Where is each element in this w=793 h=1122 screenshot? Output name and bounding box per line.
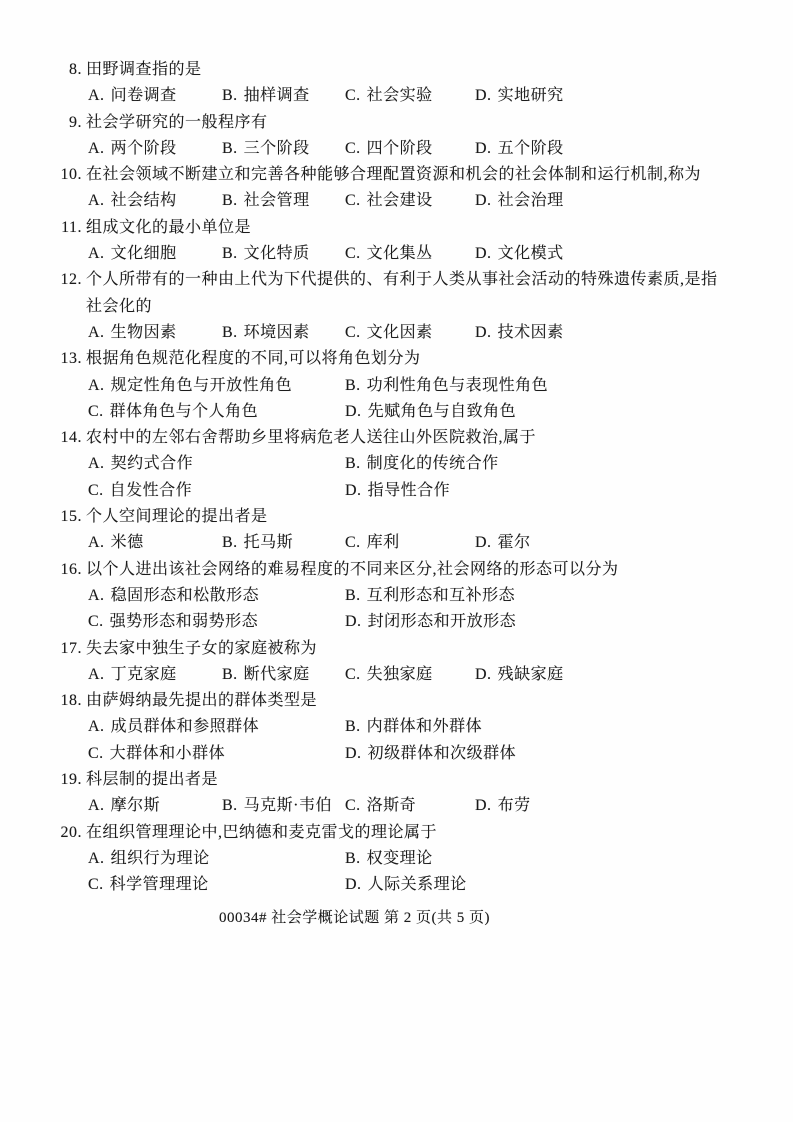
question-stem: 由萨姆纳最先提出的群体类型是 (82, 688, 317, 714)
option-b: B.环境因素 (222, 320, 345, 346)
option-b: B.马克斯·韦伯 (222, 793, 345, 819)
question-number: 11. (0, 215, 82, 241)
question-stem-continuation: 社会化的 (0, 294, 793, 320)
option-d: D.实地研究 (475, 83, 793, 109)
question-stem-row: 18.由萨姆纳最先提出的群体类型是 (0, 688, 793, 714)
option-text: 强势形态和弱势形态 (110, 613, 259, 630)
question-stem-row: 12.个人所带有的一种由上代为下代提供的、有利于人类从事社会活动的特殊遗传素质,… (0, 267, 793, 293)
option-label: B. (222, 534, 238, 551)
options-row: C.科学管理理论D.人际关系理论 (88, 872, 793, 898)
option-label: D. (475, 245, 492, 262)
question-stem-row: 13.根据角色规范化程度的不同,可以将角色划分为 (0, 346, 793, 372)
question-stem: 田野调查指的是 (82, 57, 202, 83)
options-row: A.规定性角色与开放性角色B.功利性角色与表现性角色 (88, 373, 793, 399)
options-row: A.社会结构B.社会管理C.社会建设D.社会治理 (88, 188, 793, 214)
option-c: C.失独家庭 (345, 662, 475, 688)
option-label: A. (88, 797, 105, 814)
option-label: D. (475, 666, 492, 683)
option-a: A.两个阶段 (88, 136, 222, 162)
question-stem: 以个人进出该社会网络的难易程度的不同来区分,社会网络的形态可以分为 (82, 557, 619, 583)
options-row: A.生物因素B.环境因素C.文化因素D.技术因素 (88, 320, 793, 346)
question-number: 18. (0, 688, 82, 714)
question-block: 11.组成文化的最小单位是A.文化细胞B.文化特质C.文化集丛D.文化模式 (0, 215, 793, 268)
option-text: 米德 (111, 534, 144, 551)
option-text: 制度化的传统合作 (367, 455, 499, 472)
option-text: 文化特质 (244, 245, 310, 262)
question-number: 17. (0, 636, 82, 662)
option-text: 社会结构 (111, 192, 177, 209)
question-stem-row: 20.在组织管理理论中,巴纳德和麦克雷戈的理论属于 (0, 820, 793, 846)
option-text: 问卷调查 (111, 87, 177, 104)
option-text: 群体角色与个人角色 (110, 403, 259, 420)
option-label: B. (222, 797, 238, 814)
option-b: B.断代家庭 (222, 662, 345, 688)
option-text: 实地研究 (498, 87, 564, 104)
question-number: 19. (0, 767, 82, 793)
option-label: B. (222, 324, 238, 341)
option-label: C. (345, 534, 361, 551)
question-stem: 根据角色规范化程度的不同,可以将角色划分为 (82, 346, 421, 372)
options-row: C.大群体和小群体D.初级群体和次级群体 (88, 741, 793, 767)
option-label: A. (88, 534, 105, 551)
option-a: A.丁克家庭 (88, 662, 222, 688)
option-d: D.封闭形态和开放形态 (345, 609, 793, 635)
option-label: A. (88, 666, 105, 683)
option-text: 社会治理 (498, 192, 564, 209)
option-label: B. (345, 455, 361, 472)
option-a: A.米德 (88, 530, 222, 556)
option-text: 文化细胞 (111, 245, 177, 262)
question-block: 17.失去家中独生子女的家庭被称为A.丁克家庭B.断代家庭C.失独家庭D.残缺家… (0, 636, 793, 689)
option-label: C. (345, 666, 361, 683)
question-stem-row: 9.社会学研究的一般程序有 (0, 110, 793, 136)
option-label: A. (88, 192, 105, 209)
option-text: 互利形态和互补形态 (367, 587, 516, 604)
option-text: 霍尔 (498, 534, 531, 551)
option-label: B. (222, 666, 238, 683)
option-d: D.社会治理 (475, 188, 793, 214)
option-a: A.稳固形态和松散形态 (88, 583, 345, 609)
question-number: 10. (0, 162, 82, 188)
option-a: A.成员群体和参照群体 (88, 714, 345, 740)
option-a: A.组织行为理论 (88, 846, 345, 872)
option-text: 两个阶段 (111, 140, 177, 157)
page-footer: 00034# 社会学概论试题 第 2 页(共 5 页) (0, 906, 751, 927)
option-text: 三个阶段 (244, 140, 310, 157)
option-a: A.规定性角色与开放性角色 (88, 373, 345, 399)
option-c: C.库利 (345, 530, 475, 556)
option-c: C.自发性合作 (88, 478, 345, 504)
option-text: 托马斯 (244, 534, 294, 551)
option-c: C.群体角色与个人角色 (88, 399, 345, 425)
option-text: 契约式合作 (111, 455, 194, 472)
option-d: D.人际关系理论 (345, 872, 793, 898)
option-label: A. (88, 587, 105, 604)
option-text: 大群体和小群体 (110, 745, 226, 762)
question-stem-row: 8.田野调查指的是 (0, 57, 793, 83)
option-d: D.布劳 (475, 793, 793, 819)
option-d: D.先赋角色与自致角色 (345, 399, 793, 425)
question-block: 18.由萨姆纳最先提出的群体类型是A.成员群体和参照群体B.内群体和外群体C.大… (0, 688, 793, 767)
options-row: A.契约式合作B.制度化的传统合作 (88, 451, 793, 477)
question-stem-row: 10.在社会领域不断建立和完善各种能够合理配置资源和机会的社会体制和运行机制,称… (0, 162, 793, 188)
option-label: A. (88, 718, 105, 735)
question-number: 20. (0, 820, 82, 846)
option-c: C.洛斯奇 (345, 793, 475, 819)
option-text: 稳固形态和松散形态 (111, 587, 260, 604)
option-label: D. (475, 797, 492, 814)
option-label: C. (345, 797, 361, 814)
option-d: D.霍尔 (475, 530, 793, 556)
option-a: A.文化细胞 (88, 241, 222, 267)
option-b: B.互利形态和互补形态 (345, 583, 793, 609)
question-number: 9. (0, 110, 82, 136)
question-stem: 科层制的提出者是 (82, 767, 218, 793)
option-label: D. (475, 87, 492, 104)
option-text: 文化因素 (367, 324, 433, 341)
option-label: A. (88, 245, 105, 262)
option-c: C.文化集丛 (345, 241, 475, 267)
question-block: 14.农村中的左邻右舍帮助乡里将病危老人送往山外医院救治,属于A.契约式合作B.… (0, 425, 793, 504)
option-label: A. (88, 87, 105, 104)
option-label: C. (88, 745, 104, 762)
option-label: D. (345, 482, 362, 499)
option-text: 内群体和外群体 (367, 718, 483, 735)
option-c: C.科学管理理论 (88, 872, 345, 898)
option-label: A. (88, 377, 105, 394)
options-row: C.强势形态和弱势形态D.封闭形态和开放形态 (88, 609, 793, 635)
option-c: C.社会实验 (345, 83, 475, 109)
question-stem-row: 19.科层制的提出者是 (0, 767, 793, 793)
option-d: D.残缺家庭 (475, 662, 793, 688)
option-b: B.文化特质 (222, 241, 345, 267)
question-stem-row: 11.组成文化的最小单位是 (0, 215, 793, 241)
question-stem: 社会学研究的一般程序有 (82, 110, 268, 136)
options-row: A.成员群体和参照群体B.内群体和外群体 (88, 714, 793, 740)
option-text: 四个阶段 (367, 140, 433, 157)
question-block: 13.根据角色规范化程度的不同,可以将角色划分为A.规定性角色与开放性角色B.功… (0, 346, 793, 425)
option-b: B.托马斯 (222, 530, 345, 556)
option-text: 规定性角色与开放性角色 (111, 377, 293, 394)
option-label: C. (88, 876, 104, 893)
options-row: C.群体角色与个人角色D.先赋角色与自致角色 (88, 399, 793, 425)
option-d: D.技术因素 (475, 320, 793, 346)
option-label: D. (475, 140, 492, 157)
question-number: 15. (0, 504, 82, 530)
options-row: A.问卷调查B.抽样调查C.社会实验D.实地研究 (88, 83, 793, 109)
option-text: 自发性合作 (110, 482, 193, 499)
question-number: 14. (0, 425, 82, 451)
question-number: 12. (0, 267, 82, 293)
option-label: C. (345, 245, 361, 262)
question-block: 15.个人空间理论的提出者是A.米德B.托马斯C.库利D.霍尔 (0, 504, 793, 557)
option-label: A. (88, 140, 105, 157)
option-text: 指导性合作 (368, 482, 451, 499)
options-row: A.文化细胞B.文化特质C.文化集丛D.文化模式 (88, 241, 793, 267)
option-label: A. (88, 324, 105, 341)
option-a: A.生物因素 (88, 320, 222, 346)
option-label: B. (345, 850, 361, 867)
question-stem-row: 16.以个人进出该社会网络的难易程度的不同来区分,社会网络的形态可以分为 (0, 557, 793, 583)
option-b: B.内群体和外群体 (345, 714, 793, 740)
option-label: B. (222, 192, 238, 209)
question-block: 16.以个人进出该社会网络的难易程度的不同来区分,社会网络的形态可以分为A.稳固… (0, 557, 793, 636)
option-label: B. (345, 587, 361, 604)
question-block: 12.个人所带有的一种由上代为下代提供的、有利于人类从事社会活动的特殊遗传素质,… (0, 267, 793, 346)
option-label: C. (345, 324, 361, 341)
option-label: C. (88, 613, 104, 630)
option-label: C. (88, 403, 104, 420)
question-block: 19.科层制的提出者是A.摩尔斯B.马克斯·韦伯C.洛斯奇D.布劳 (0, 767, 793, 820)
option-label: A. (88, 455, 105, 472)
option-label: A. (88, 850, 105, 867)
question-stem: 农村中的左邻右舍帮助乡里将病危老人送往山外医院救治,属于 (82, 425, 536, 451)
option-b: B.抽样调查 (222, 83, 345, 109)
option-d: D.初级群体和次级群体 (345, 741, 793, 767)
option-label: D. (475, 192, 492, 209)
option-b: B.功利性角色与表现性角色 (345, 373, 793, 399)
option-a: A.契约式合作 (88, 451, 345, 477)
option-d: D.文化模式 (475, 241, 793, 267)
question-stem-row: 14.农村中的左邻右舍帮助乡里将病危老人送往山外医院救治,属于 (0, 425, 793, 451)
option-text: 丁克家庭 (111, 666, 177, 683)
option-b: B.制度化的传统合作 (345, 451, 793, 477)
option-label: B. (345, 377, 361, 394)
option-c: C.大群体和小群体 (88, 741, 345, 767)
option-text: 摩尔斯 (111, 797, 161, 814)
options-row: A.两个阶段B.三个阶段C.四个阶段D.五个阶段 (88, 136, 793, 162)
question-block: 9.社会学研究的一般程序有A.两个阶段B.三个阶段C.四个阶段D.五个阶段 (0, 110, 793, 163)
option-text: 文化集丛 (367, 245, 433, 262)
option-text: 初级群体和次级群体 (368, 745, 517, 762)
option-text: 人际关系理论 (368, 876, 467, 893)
option-c: C.四个阶段 (345, 136, 475, 162)
question-stem: 社会化的 (0, 294, 152, 320)
options-row: A.稳固形态和松散形态B.互利形态和互补形态 (88, 583, 793, 609)
option-text: 组织行为理论 (111, 850, 210, 867)
option-text: 抽样调查 (244, 87, 310, 104)
option-b: B.三个阶段 (222, 136, 345, 162)
exam-page: 8.田野调查指的是A.问卷调查B.抽样调查C.社会实验D.实地研究9.社会学研究… (0, 0, 793, 1122)
question-stem: 个人空间理论的提出者是 (82, 504, 268, 530)
option-text: 布劳 (498, 797, 531, 814)
question-number: 13. (0, 346, 82, 372)
option-label: B. (222, 87, 238, 104)
option-a: A.问卷调查 (88, 83, 222, 109)
option-label: D. (475, 534, 492, 551)
option-d: D.指导性合作 (345, 478, 793, 504)
options-row: A.米德B.托马斯C.库利D.霍尔 (88, 530, 793, 556)
option-text: 洛斯奇 (367, 797, 417, 814)
option-label: D. (345, 745, 362, 762)
options-row: C.自发性合作D.指导性合作 (88, 478, 793, 504)
option-text: 环境因素 (244, 324, 310, 341)
options-row: A.丁克家庭B.断代家庭C.失独家庭D.残缺家庭 (88, 662, 793, 688)
option-b: B.权变理论 (345, 846, 793, 872)
option-label: D. (345, 403, 362, 420)
option-a: A.摩尔斯 (88, 793, 222, 819)
question-stem: 失去家中独生子女的家庭被称为 (82, 636, 317, 662)
question-number: 16. (0, 557, 82, 583)
option-text: 社会管理 (244, 192, 310, 209)
question-number: 8. (0, 57, 82, 83)
option-text: 失独家庭 (367, 666, 433, 683)
option-text: 科学管理理论 (110, 876, 209, 893)
option-text: 五个阶段 (498, 140, 564, 157)
option-text: 社会建设 (367, 192, 433, 209)
option-label: D. (345, 613, 362, 630)
option-label: C. (345, 87, 361, 104)
option-label: C. (345, 192, 361, 209)
question-list: 8.田野调查指的是A.问卷调查B.抽样调查C.社会实验D.实地研究9.社会学研究… (0, 57, 793, 899)
option-text: 库利 (367, 534, 400, 551)
options-row: A.摩尔斯B.马克斯·韦伯C.洛斯奇D.布劳 (88, 793, 793, 819)
option-label: D. (475, 324, 492, 341)
question-stem: 个人所带有的一种由上代为下代提供的、有利于人类从事社会活动的特殊遗传素质,是指 (82, 267, 718, 293)
question-block: 20.在组织管理理论中,巴纳德和麦克雷戈的理论属于A.组织行为理论B.权变理论C… (0, 820, 793, 899)
option-c: C.强势形态和弱势形态 (88, 609, 345, 635)
option-label: C. (345, 140, 361, 157)
option-b: B.社会管理 (222, 188, 345, 214)
option-text: 先赋角色与自致角色 (368, 403, 517, 420)
question-block: 8.田野调查指的是A.问卷调查B.抽样调查C.社会实验D.实地研究 (0, 57, 793, 110)
option-text: 马克斯·韦伯 (244, 797, 332, 814)
question-stem: 在组织管理理论中,巴纳德和麦克雷戈的理论属于 (82, 820, 437, 846)
option-label: B. (222, 245, 238, 262)
question-stem: 组成文化的最小单位是 (82, 215, 251, 241)
option-c: C.社会建设 (345, 188, 475, 214)
question-stem-row: 15.个人空间理论的提出者是 (0, 504, 793, 530)
option-text: 封闭形态和开放形态 (368, 613, 517, 630)
option-text: 权变理论 (367, 850, 433, 867)
option-label: D. (345, 876, 362, 893)
option-text: 成员群体和参照群体 (111, 718, 260, 735)
option-text: 文化模式 (498, 245, 564, 262)
option-text: 功利性角色与表现性角色 (367, 377, 549, 394)
option-c: C.文化因素 (345, 320, 475, 346)
question-block: 10.在社会领域不断建立和完善各种能够合理配置资源和机会的社会体制和运行机制,称… (0, 162, 793, 215)
option-d: D.五个阶段 (475, 136, 793, 162)
option-text: 技术因素 (498, 324, 564, 341)
option-text: 断代家庭 (244, 666, 310, 683)
option-a: A.社会结构 (88, 188, 222, 214)
option-label: B. (345, 718, 361, 735)
question-stem-row: 17.失去家中独生子女的家庭被称为 (0, 636, 793, 662)
option-text: 残缺家庭 (498, 666, 564, 683)
option-label: B. (222, 140, 238, 157)
option-text: 社会实验 (367, 87, 433, 104)
question-stem: 在社会领域不断建立和完善各种能够合理配置资源和机会的社会体制和运行机制,称为 (82, 162, 701, 188)
option-label: C. (88, 482, 104, 499)
option-text: 生物因素 (111, 324, 177, 341)
options-row: A.组织行为理论B.权变理论 (88, 846, 793, 872)
